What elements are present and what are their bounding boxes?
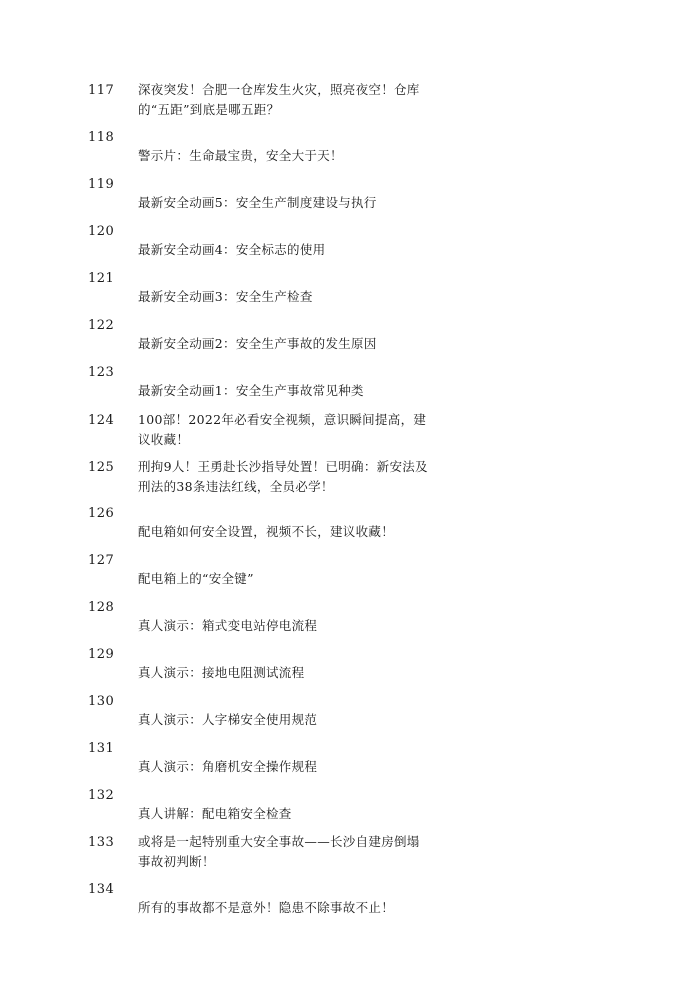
- item-title: 真人演示：箱式变电站停电流程: [138, 616, 428, 636]
- item-title: 深夜突发！合肥一仓库发生火灾，照亮夜空！仓库的“五距”到底是哪五距？: [138, 80, 428, 120]
- item-title: 刑拘9人！王勇赴长沙指导处置！已明确：新安法及刑法的38条违法红线，全员必学！: [138, 457, 428, 497]
- item-title: 配电箱上的“安全键”: [138, 569, 428, 589]
- item-number: 120: [88, 223, 114, 240]
- item-number: 128: [88, 599, 114, 616]
- item-title: 真人演示：接地电阻测试流程: [138, 663, 428, 683]
- item-number: 134: [88, 881, 114, 898]
- item-number: 122: [88, 317, 114, 334]
- item-number: 129: [88, 646, 114, 663]
- item-title: 配电箱如何安全设置，视频不长，建议收藏！: [138, 522, 428, 542]
- item-title: 100部！2022年必看安全视频，意识瞬间提高，建议收藏！: [138, 410, 428, 450]
- item-number: 125: [88, 459, 114, 476]
- item-title: 或将是一起特别重大安全事故——长沙自建房倒塌事故初判断！: [138, 832, 428, 872]
- item-title: 警示片：生命最宝贵，安全大于天！: [138, 146, 428, 166]
- item-number: 123: [88, 364, 114, 381]
- item-title: 最新安全动画4：安全标志的使用: [138, 240, 428, 260]
- item-number: 117: [88, 82, 114, 99]
- item-title: 真人演示：角磨机安全操作规程: [138, 757, 428, 777]
- item-title: 真人演示：人字梯安全使用规范: [138, 710, 428, 730]
- item-title: 最新安全动画3：安全生产检查: [138, 287, 428, 307]
- item-title: 最新安全动画5：安全生产制度建设与执行: [138, 193, 428, 213]
- item-number: 119: [88, 176, 114, 193]
- item-number: 127: [88, 552, 114, 569]
- document-page: 117 深夜突发！合肥一仓库发生火灾，照亮夜空！仓库的“五距”到底是哪五距？ 1…: [0, 0, 700, 990]
- item-title: 所有的事故都不是意外！隐患不除事故不止！: [138, 898, 428, 918]
- item-title: 最新安全动画1：安全生产事故常见种类: [138, 381, 428, 401]
- item-number: 131: [88, 740, 114, 757]
- item-number: 133: [88, 834, 114, 851]
- item-number: 130: [88, 693, 114, 710]
- item-number: 118: [88, 129, 114, 146]
- item-number: 124: [88, 412, 114, 429]
- item-number: 132: [88, 787, 114, 804]
- item-number: 121: [88, 270, 114, 287]
- item-title: 真人讲解：配电箱安全检查: [138, 804, 428, 824]
- item-title: 最新安全动画2：安全生产事故的发生原因: [138, 334, 428, 354]
- item-number: 126: [88, 505, 114, 522]
